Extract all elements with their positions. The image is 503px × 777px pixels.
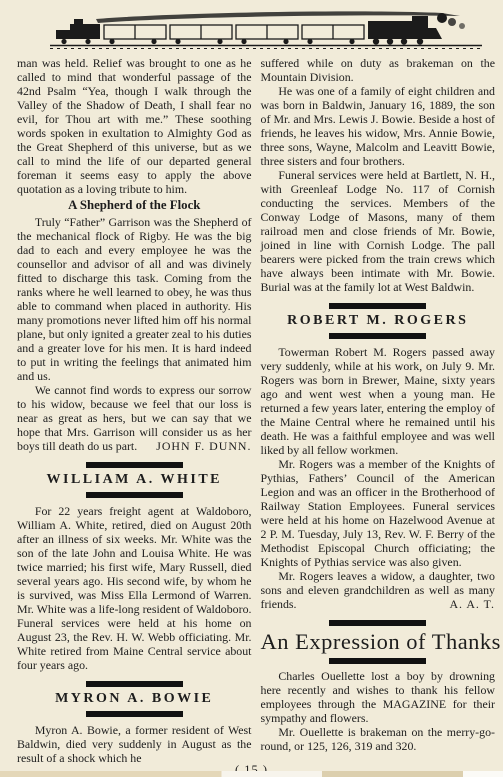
section-heading-myron-a-bowie: MYRON A. BOWIE (17, 681, 252, 717)
section-heading-expression-of-thanks: An Expression of Thanks (261, 620, 496, 664)
section-heading-william-a-white: WILLIAM A. WHITE (17, 462, 252, 498)
left-column: man was held. Relief was brought to one … (17, 56, 252, 765)
masthead (0, 0, 503, 52)
author-name: JOHN F. DUNN. (156, 439, 251, 453)
paragraph: Mr. Rogers was a member of the Knights o… (261, 457, 496, 569)
continuation-paragraph: suffered while on duty as brakeman on th… (261, 56, 496, 84)
text-columns: man was held. Relief was brought to one … (0, 52, 503, 765)
paragraph: Myron A. Bowie, a former resident of Wes… (17, 723, 252, 765)
scan-edge-artifact (0, 771, 503, 777)
section-title: WILLIAM A. WHITE (17, 472, 252, 488)
paragraph: Towerman Robert M. Rogers passed away ve… (261, 345, 496, 457)
heading-rule (329, 620, 426, 626)
section-heading-robert-m-rogers: ROBERT M. ROGERS (261, 303, 496, 339)
heading-rule (86, 681, 183, 687)
magazine-page: man was held. Relief was brought to one … (0, 0, 503, 777)
paragraph: Charles Ouellette lost a boy by drowning… (261, 669, 496, 725)
heading-rule (86, 462, 183, 468)
right-column: suffered while on duty as brakeman on th… (261, 56, 496, 753)
paragraph: For 22 years freight agent at Waldoboro,… (17, 504, 252, 672)
paragraph: He was one of a family of eight children… (261, 84, 496, 168)
heading-rule (329, 333, 426, 339)
section-title: ROBERT M. ROGERS (261, 313, 496, 329)
section-title: MYRON A. BOWIE (17, 691, 252, 707)
heading-rule (329, 303, 426, 309)
heading-rule (86, 711, 183, 717)
paragraph-with-signature: Mr. Rogers leaves a widow, a daughter, t… (261, 569, 496, 611)
heading-rule (329, 658, 426, 664)
paragraph: Truly “Father” Garrison was the Shepherd… (17, 215, 252, 383)
author-initials: A. A. T. (449, 597, 495, 611)
section-title: An Expression of Thanks (261, 629, 496, 655)
heading-rule (86, 492, 183, 498)
continuation-paragraph: man was held. Relief was brought to one … (17, 56, 252, 196)
paragraph: Funeral services were held at Bartlett, … (261, 168, 496, 294)
train-illustration (50, 5, 482, 51)
subheading-shepherd-of-the-flock: A Shepherd of the Flock (17, 198, 252, 213)
paragraph-with-signature: We cannot find words to express our sorr… (17, 383, 252, 453)
paragraph: Mr. Ouellette is brakeman on the merry-g… (261, 725, 496, 753)
